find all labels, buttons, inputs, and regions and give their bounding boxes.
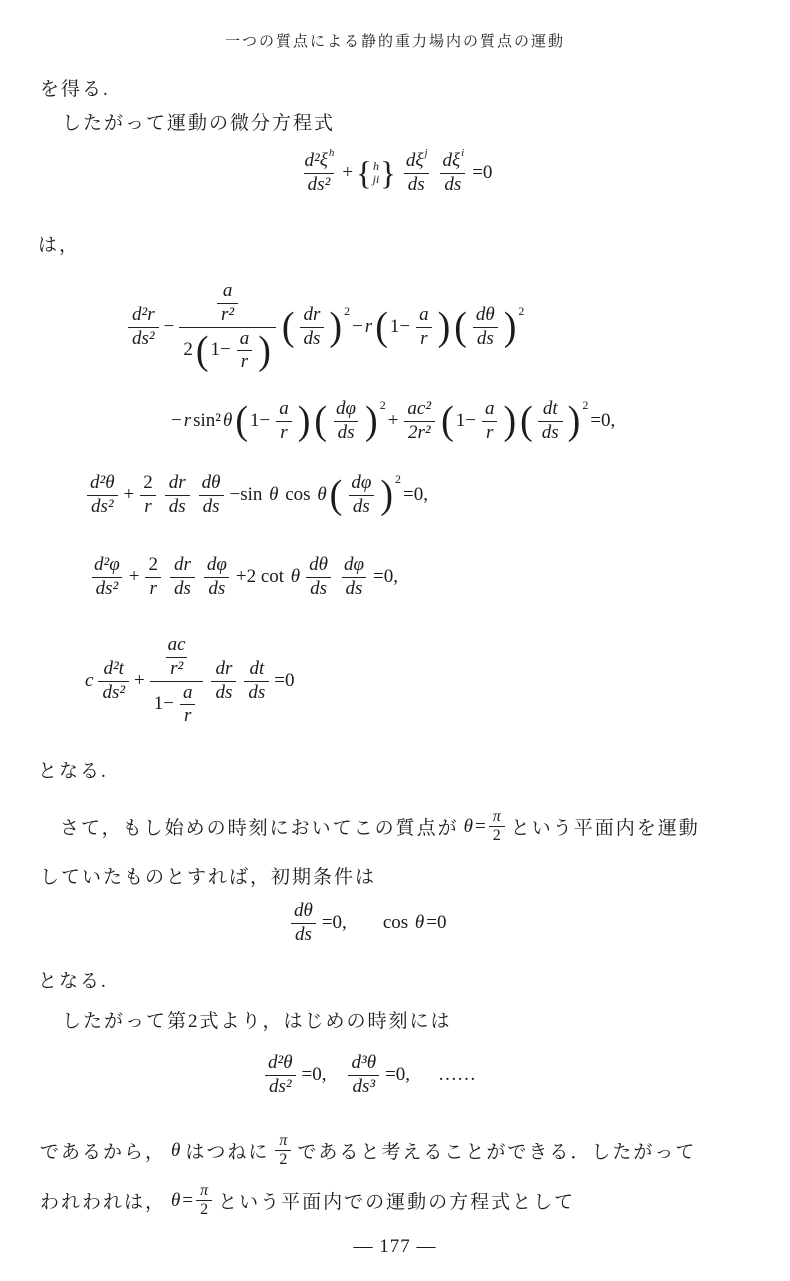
eq-token: r²: [217, 303, 238, 327]
paragraph-wareware: われわれは， θ=π2 という平面内での運動の方程式として: [40, 1182, 575, 1220]
eq-token: (1−ar): [374, 304, 451, 351]
eq-token: dθds: [468, 304, 503, 351]
eq-token: 2: [518, 304, 524, 319]
eq-token: ds: [349, 495, 374, 519]
eq-token: dξi: [439, 150, 468, 173]
eq-token: 2: [139, 472, 157, 495]
eq-token: dθ: [198, 472, 225, 495]
eq-token: 2: [144, 554, 162, 577]
eq-token: 2(1−ar): [179, 327, 276, 375]
eq-token: ds: [174, 578, 191, 601]
eq-token: dt: [249, 658, 264, 681]
eq-token: a: [485, 398, 495, 421]
eq-token: dr: [304, 304, 321, 327]
eq-token: ar²: [217, 280, 238, 327]
eq-token: a: [415, 304, 433, 327]
eq-token: =0,: [590, 410, 615, 432]
eq-token: h: [373, 160, 379, 174]
eq-token: +2 cot: [236, 566, 289, 588]
eq-token: d²t: [103, 658, 123, 681]
eq-token: =0: [274, 670, 294, 692]
eq-token: ds: [342, 577, 367, 601]
eq-token: (dφds)2: [313, 398, 385, 445]
eq-token: r: [486, 422, 493, 445]
eq-token: r: [184, 410, 191, 432]
eq-token: 1−ar: [209, 328, 257, 375]
eq-token: (: [235, 406, 248, 436]
eq-token: dξ: [406, 150, 424, 173]
eq-token: dθds: [290, 900, 317, 947]
eq-token: ac²: [407, 398, 431, 421]
eq-token: ): [503, 406, 516, 436]
equation-geodesic: d²ξhds²+{hji}dξjdsdξids=0: [0, 150, 790, 197]
paragraph-shiteita: していたものとすれば，初期条件は: [40, 862, 376, 889]
eq-token: ds³: [352, 1076, 375, 1099]
eq-token: (: [282, 312, 295, 342]
eq-token: ds: [165, 495, 190, 519]
eq-token: ds²: [265, 1075, 296, 1099]
eq-token: r: [145, 577, 160, 601]
eq-token: r: [241, 351, 248, 374]
eq-token: a: [179, 682, 197, 705]
eq-token: dθ: [202, 472, 221, 495]
eq-token: r: [276, 421, 291, 445]
eq-token: 1−: [250, 410, 270, 432]
eq-token: ar: [179, 682, 197, 729]
eq-token: r: [149, 578, 156, 601]
paragraph-dearukara-pre: であるから，: [40, 1137, 166, 1164]
equation-theta: d²θds²+2rdrdsdθds−sin θ cos θ(dφds)2=0,: [82, 472, 429, 519]
eq-token: 1−: [456, 410, 476, 432]
eq-token: (: [196, 336, 209, 366]
line-we-obtain: を得る.: [40, 74, 110, 101]
eq-token: r: [420, 328, 427, 351]
eq-token: ds²: [132, 328, 155, 351]
eq-token: ds: [204, 577, 229, 601]
inline-theta-equals-pi-over-2: θ=π2: [463, 808, 507, 846]
eq-token: r: [416, 327, 431, 351]
page-number: — 177 —: [0, 1236, 790, 1258]
eq-token: drds: [211, 658, 236, 705]
eq-token: (: [375, 312, 388, 342]
paragraph-wareware-post: という平面内での運動の方程式として: [218, 1187, 575, 1214]
eq-token: ds²: [87, 495, 118, 519]
eq-token: 2r²: [404, 421, 435, 445]
line-wa: は，: [38, 230, 80, 257]
eq-token: ds: [295, 924, 312, 947]
eq-token: d³θds³: [348, 1052, 381, 1099]
eq-token: r: [280, 422, 287, 445]
eq-token: ): [258, 336, 271, 366]
eq-token: (: [314, 406, 327, 436]
eq-token: d²ξhds²: [301, 150, 338, 197]
equation-phi: d²φds²+2rdrdsdφds+2 cot θdθdsdφds=0,: [86, 554, 399, 601]
eq-token: θ: [464, 816, 473, 838]
eq-token: d²θ: [268, 1052, 293, 1075]
eq-token: ds²: [92, 577, 123, 601]
eq-token: (: [330, 480, 343, 510]
eq-token: (dtds)2: [519, 398, 588, 445]
eq-token: 2: [395, 472, 401, 487]
eq-token: ds²: [304, 173, 335, 197]
eq-token: dφ: [332, 398, 360, 421]
eq-token: 2r: [144, 554, 162, 601]
eq-token: ds: [170, 577, 195, 601]
line-therefore-diffeq: したがって運動の微分方程式: [62, 108, 335, 135]
eq-token: d²ξ: [305, 150, 328, 173]
header-title: 一つの質点による静的重力場内の質点の運動: [0, 30, 790, 51]
eq-token: a: [223, 280, 233, 303]
paragraph-sate: さて，もし始めの時刻においてこの質点が θ=π2 という平面内を運動: [60, 808, 700, 846]
line-tonaru-2: となる.: [38, 966, 108, 993]
eq-token: sin²: [193, 410, 221, 432]
eq-token: ds: [338, 422, 355, 445]
eq-token: dφ: [340, 554, 368, 577]
eq-token: ds²: [308, 174, 331, 197]
inline-pi-over-2: π2: [273, 1132, 293, 1170]
eq-token: =0,: [322, 912, 347, 934]
eq-token: ds²: [269, 1076, 292, 1099]
eq-token: (drds)2: [281, 304, 350, 351]
eq-token: a: [419, 304, 429, 327]
eq-token: +: [134, 670, 145, 692]
equation-t: cd²tds²+acr²1−ardrdsdtds=0: [84, 634, 296, 728]
eq-token: ar: [236, 328, 254, 375]
eq-token: dφ: [351, 472, 371, 495]
eq-token: ds: [477, 328, 494, 351]
eq-token: d²θds²: [264, 1052, 297, 1099]
eq-token: ar: [481, 398, 499, 445]
eq-token: 2: [196, 1200, 212, 1219]
eq-token: =0,: [403, 484, 428, 506]
eq-token: dr: [215, 658, 232, 681]
eq-token: d²θ: [90, 472, 115, 495]
eq-token: π: [196, 1182, 212, 1200]
eq-token: θ: [171, 1190, 180, 1212]
eq-token: =0,: [302, 1064, 327, 1086]
eq-token: θ: [291, 566, 300, 588]
eq-token: dr: [169, 472, 186, 495]
eq-token: 2: [143, 472, 153, 495]
eq-token: r: [144, 496, 151, 519]
eq-token: d²r: [128, 304, 159, 327]
eq-token: π: [489, 808, 505, 826]
paragraph-sate-pre: さて，もし始めの時刻においてこの質点が: [60, 813, 459, 840]
book-page: 一つの質点による静的重力場内の質点の運動 を得る. したがって運動の微分方程式 …: [0, 0, 790, 1281]
eq-token: (: [454, 312, 467, 342]
eq-token: (: [441, 406, 454, 436]
eq-token: dt: [543, 398, 558, 421]
eq-token: dφ: [344, 554, 364, 577]
eq-token: dφ: [203, 554, 231, 577]
eq-token: ds: [199, 495, 224, 519]
eq-token: (1−ar): [234, 398, 311, 445]
eq-token: ds: [208, 578, 225, 601]
paragraph-wareware-pre: われわれは，: [40, 1187, 166, 1214]
eq-token: ): [329, 312, 342, 342]
eq-token: ): [438, 312, 451, 342]
eq-token: θ: [269, 484, 278, 506]
eq-token: ds: [408, 174, 425, 197]
eq-token: ds: [542, 422, 559, 445]
eq-token: dt: [539, 398, 562, 421]
eq-token: (dθds)2: [453, 304, 524, 351]
eq-token: dtds: [244, 658, 269, 705]
eq-token: acr²1−ar: [150, 634, 204, 728]
equation-r-line2: −rsin²θ(1−ar)(dφds)2+ac²2r²(1−ar)(dtds)2…: [170, 398, 616, 445]
eq-token: dr: [170, 554, 195, 577]
eq-token: 2: [183, 339, 193, 362]
eq-token: drds: [300, 304, 325, 351]
eq-token: 1−: [210, 339, 230, 362]
eq-token: ds: [538, 421, 563, 445]
eq-token: 2: [275, 1150, 291, 1169]
eq-token: (1−ar): [440, 398, 517, 445]
eq-token: θ: [223, 410, 232, 432]
eq-token: θ: [415, 912, 424, 934]
eq-token: dtds: [534, 398, 567, 445]
eq-token: 1−: [154, 693, 174, 716]
eq-token: ds: [346, 578, 363, 601]
eq-token: dr: [211, 658, 236, 681]
eq-token: d²φ: [94, 554, 120, 577]
eq-token: dr: [300, 304, 325, 327]
eq-token: dtds: [538, 398, 563, 445]
eq-token: cos: [280, 484, 315, 506]
equation-second-derivatives: d²θds²=0,d³θds³=0,……: [260, 1052, 477, 1099]
eq-token: dφ: [336, 398, 356, 421]
eq-token: acr²: [164, 634, 190, 681]
eq-token: ji: [373, 173, 380, 187]
eq-token: ac: [164, 634, 190, 657]
eq-token: dθ: [290, 900, 317, 923]
eq-token: ds²: [102, 682, 125, 705]
eq-token: drds: [170, 554, 195, 601]
eq-token: dθds: [472, 304, 499, 351]
eq-token: d²θ: [86, 472, 119, 495]
eq-token: ar²2(1−ar): [179, 280, 276, 374]
paragraph-dearukara-post: であると考えることができる．したがって: [297, 1137, 696, 1164]
eq-token: 1−ar: [389, 304, 437, 351]
eq-token: +: [388, 410, 399, 432]
eq-token: dφds: [347, 472, 375, 519]
eq-token: d²φ: [90, 554, 124, 577]
eq-token: [328, 1075, 344, 1076]
eq-token: {: [356, 161, 372, 185]
eq-token: π2: [196, 1182, 212, 1220]
eq-token: 2: [148, 554, 158, 577]
paragraph-dearukara: であるから， θ はつねに π2 であると考えることができる．したがって: [40, 1132, 696, 1170]
eq-token: [411, 1075, 437, 1076]
eq-token: r²: [166, 657, 187, 681]
eq-token: ar: [275, 398, 293, 445]
eq-token: ac²2r²: [403, 398, 435, 445]
eq-token: dθ: [294, 900, 313, 923]
eq-token: ds: [211, 681, 236, 705]
eq-token: 2: [380, 398, 386, 413]
eq-token: ): [568, 406, 581, 436]
eq-token: c: [85, 670, 93, 692]
eq-token: r: [365, 316, 372, 338]
eq-token: r²: [170, 658, 183, 681]
eq-token: d²rds²: [128, 304, 159, 351]
eq-token: ar²: [210, 280, 245, 327]
eq-token: r: [237, 350, 252, 374]
eq-token: r: [184, 705, 191, 728]
eq-token: r: [180, 704, 195, 728]
eq-token: dξids: [439, 150, 468, 197]
eq-token: (1−ar): [195, 328, 272, 375]
eq-token: d²θ: [264, 1052, 297, 1075]
eq-token: ds: [248, 682, 265, 705]
eq-token: θ: [317, 484, 326, 506]
eq-token: ): [504, 312, 517, 342]
eq-token: r²: [221, 304, 234, 327]
eq-token: dφds: [332, 398, 360, 445]
eq-token: ds: [473, 327, 498, 351]
eq-token: {hji}: [355, 160, 397, 188]
eq-token: dθds: [198, 472, 225, 519]
eq-token: ds: [310, 578, 327, 601]
eq-token: cos: [383, 912, 413, 934]
eq-token: dθ: [472, 304, 499, 327]
equation-r-line1: d²rds²−ar²2(1−ar)(drds)2−r(1−ar)(dθds)2: [124, 280, 525, 374]
eq-token: ds: [440, 173, 465, 197]
eq-token: ): [365, 406, 378, 436]
eq-token: dr: [174, 554, 191, 577]
eq-token: 2: [489, 826, 505, 845]
eq-token: =0,: [373, 566, 398, 588]
eq-token: dφ: [207, 554, 227, 577]
eq-token: ds: [304, 328, 321, 351]
eq-token: d²θds²: [86, 472, 119, 519]
line-tonaru-1: となる.: [38, 756, 108, 783]
eq-token: drds: [296, 304, 329, 351]
eq-token: dt: [245, 658, 268, 681]
eq-token: −: [352, 316, 363, 338]
eq-token: dξ: [443, 150, 461, 173]
eq-token: 2r²: [408, 422, 431, 445]
eq-token: ds: [306, 577, 331, 601]
eq-token: dθ: [309, 554, 328, 577]
eq-token: π: [200, 1182, 208, 1200]
eq-token: (dφds)2: [329, 472, 401, 519]
eq-token: π: [493, 808, 501, 826]
paragraph-sate-post: という平面内を運動: [511, 813, 700, 840]
eq-token: π: [275, 1132, 291, 1150]
eq-token: ……: [438, 1064, 476, 1086]
eq-token: }: [380, 161, 396, 185]
eq-token: ds: [404, 173, 429, 197]
eq-token: π2: [489, 808, 505, 846]
eq-token: a: [219, 280, 237, 303]
eq-token: ds: [300, 327, 325, 351]
eq-token: ds²: [96, 578, 119, 601]
eq-token: +: [129, 566, 140, 588]
eq-token: 2: [279, 1151, 287, 1169]
eq-token: ds: [203, 496, 220, 519]
inline-theta: θ: [170, 1140, 181, 1162]
eq-token: acr²: [157, 634, 197, 681]
eq-token: (: [520, 406, 533, 436]
eq-token: ds: [215, 682, 232, 705]
eq-token: [348, 923, 382, 924]
eq-token: i: [461, 148, 464, 159]
eq-token: 1−ar: [150, 681, 204, 729]
eq-token: a: [279, 398, 289, 421]
eq-token: ds: [169, 496, 186, 519]
eq-token: dφ: [347, 472, 375, 495]
eq-token: π2: [275, 1132, 291, 1170]
eq-token: dr: [165, 472, 190, 495]
eq-token: 2: [344, 304, 350, 319]
eq-token: ds³: [348, 1075, 379, 1099]
eq-token: ar: [415, 304, 433, 351]
eq-token: d²φds²: [90, 554, 124, 601]
paragraph-dearukara-mid: はつねに: [185, 1137, 269, 1164]
eq-token: r: [140, 495, 155, 519]
eq-token: d³θ: [352, 1052, 377, 1075]
eq-token: θ: [171, 1140, 180, 1162]
eq-token: drds: [165, 472, 190, 519]
eq-token: ): [298, 406, 311, 436]
eq-token: dξjds: [402, 150, 431, 197]
eq-token: ds²: [91, 496, 114, 519]
eq-token: a: [481, 398, 499, 421]
eq-token: π: [279, 1132, 287, 1150]
eq-token: −: [164, 316, 175, 338]
eq-token: d²r: [132, 304, 155, 327]
eq-token: d³θ: [348, 1052, 381, 1075]
eq-token: 2r: [139, 472, 157, 519]
eq-token: =: [475, 816, 486, 838]
eq-token: dφds: [203, 554, 231, 601]
eq-token: dφds: [343, 472, 379, 519]
eq-token: dφds: [328, 398, 364, 445]
eq-token: dθ: [305, 554, 332, 577]
eq-token: 1−: [390, 316, 410, 338]
line-dai2shiki: したがって第2式より，はじめの時刻には: [62, 1006, 452, 1033]
eq-token: d²t: [99, 658, 127, 681]
eq-token: d²ξh: [301, 150, 338, 173]
eq-token: −: [171, 410, 182, 432]
eq-token: 2: [200, 1201, 208, 1219]
eq-token: =0: [426, 912, 446, 934]
eq-token: a: [236, 328, 254, 351]
eq-token: d²tds²: [98, 658, 129, 705]
eq-token: 1−ar: [249, 398, 297, 445]
eq-token: ds: [353, 496, 370, 519]
eq-token: ds: [334, 421, 359, 445]
eq-token: ds: [244, 681, 269, 705]
eq-token: dθ: [476, 304, 495, 327]
eq-token: ac²: [403, 398, 435, 421]
eq-token: +: [124, 484, 135, 506]
eq-token: ac: [168, 634, 186, 657]
eq-token: 2: [582, 398, 588, 413]
eq-token: −sin: [230, 484, 268, 506]
eq-token: dξj: [402, 150, 431, 173]
eq-token: ds: [291, 923, 316, 947]
eq-token: dφds: [340, 554, 368, 601]
eq-token: ds²: [128, 327, 159, 351]
eq-token: =0: [472, 162, 492, 184]
eq-token: 1−ar: [455, 398, 503, 445]
eq-token: a: [275, 398, 293, 421]
eq-token: =: [182, 1190, 193, 1212]
eq-token: ): [380, 480, 393, 510]
eq-token: ds: [444, 174, 461, 197]
